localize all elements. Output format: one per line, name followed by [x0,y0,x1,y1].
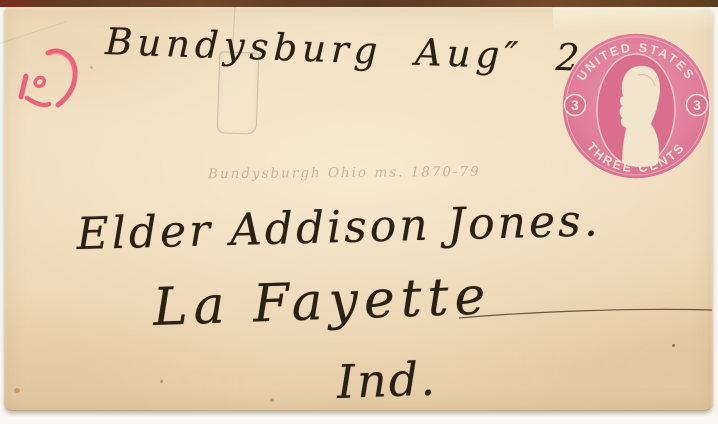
address-line-3: Ind. [336,352,438,409]
paper-speck [672,344,675,347]
red-crayon-mark [14,46,94,146]
crease-line [0,21,66,44]
washington-bust [619,66,660,168]
embossed-stamp: 3 3 UNITED STATES THREE CENTS [560,31,712,181]
envelope-fold-highlight [553,5,713,34]
paper-speck [14,388,20,393]
envelope-scan: Bundysburg Aug″ 26 Bundysburgh Ohio ms. … [0,0,718,424]
address-line-2: La Fayette [152,266,492,338]
envelope: Bundysburg Aug″ 26 Bundysburgh Ohio ms. … [4,6,713,411]
paper-speck [270,398,274,402]
scan-edge-top [0,0,718,7]
manuscript-postmark: Bundysburg Aug″ 26 [104,20,613,81]
stamp-numeral-left: 3 [571,97,579,113]
paper-speck [160,380,163,383]
address-line-1: Elder Addison Jones. [76,195,601,260]
pen-flourish-line [459,302,714,324]
stamp-numeral-right: 3 [693,97,701,113]
pencil-annotation: Bundysburgh Ohio ms. 1870-79 [208,164,481,182]
